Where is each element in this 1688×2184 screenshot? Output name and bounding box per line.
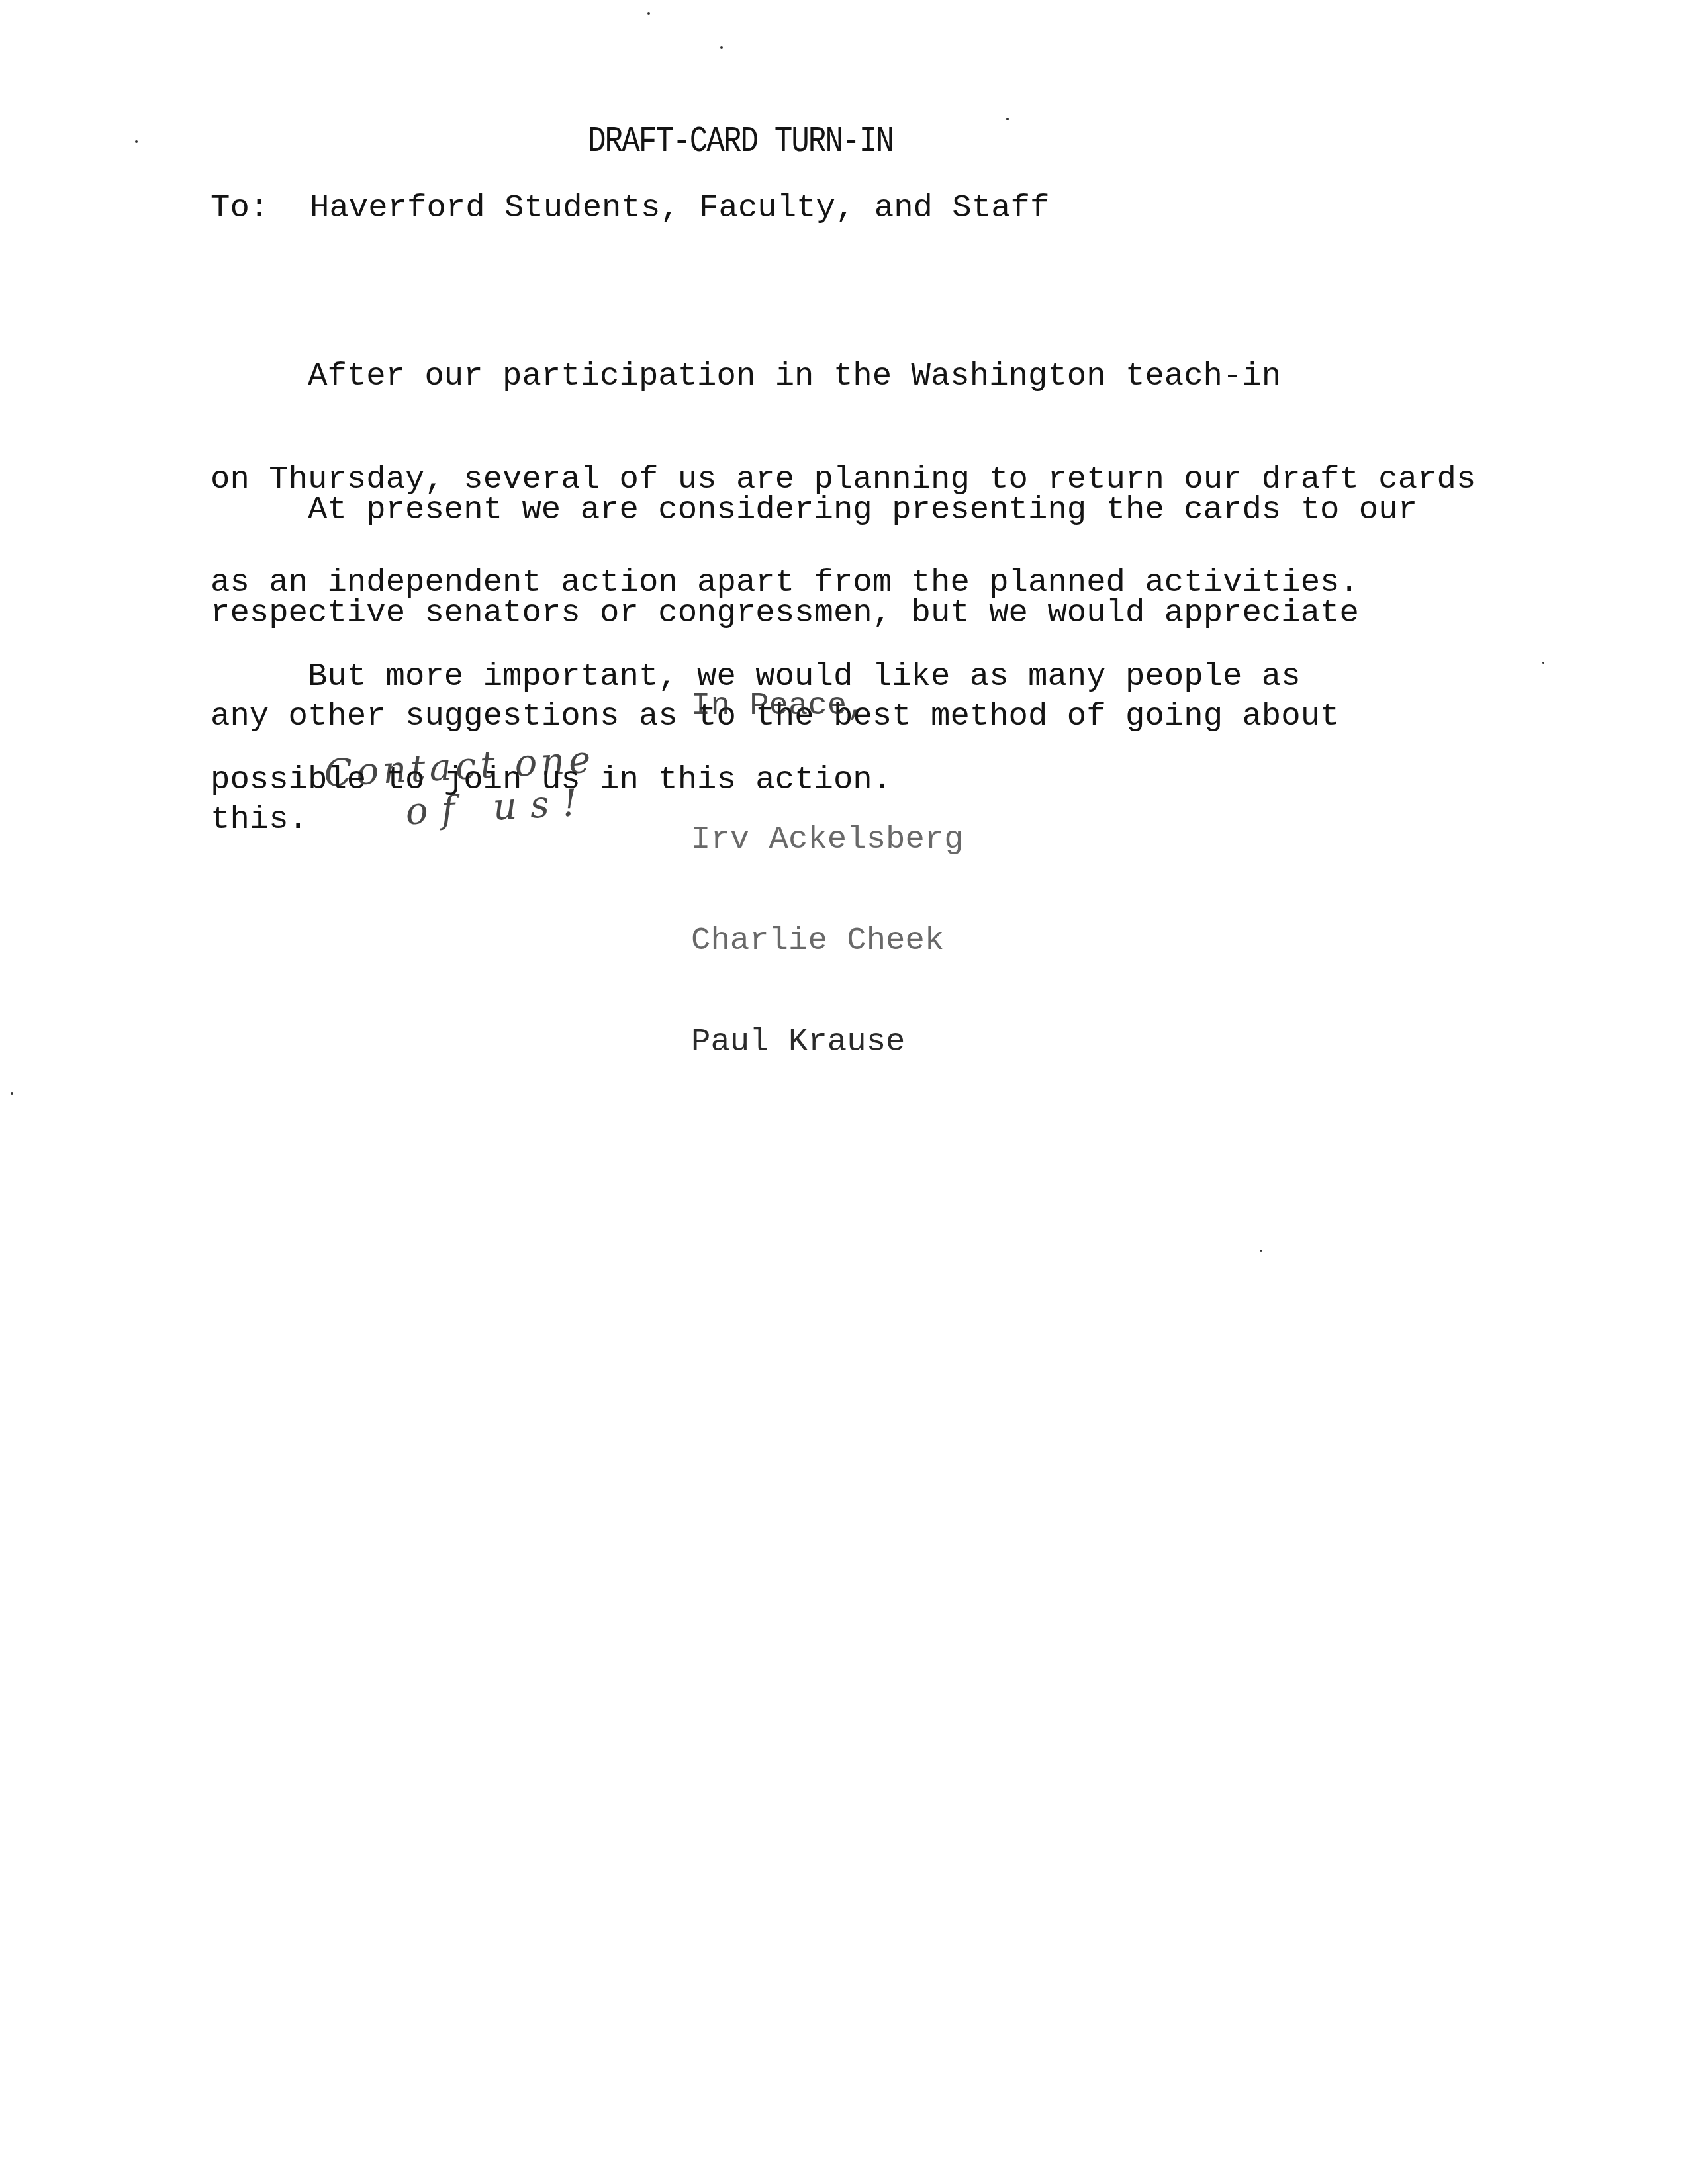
scan-speck <box>1260 1250 1262 1252</box>
addressee-label: To: <box>211 191 310 225</box>
signer-name: Charlie Cheek <box>691 925 964 957</box>
closing: In Peace, <box>691 688 867 723</box>
signer-name: Paul Krause <box>691 1026 964 1058</box>
scan-speck <box>11 1092 13 1095</box>
scan-speck <box>1006 118 1009 120</box>
addressee: Haverford Students, Faculty, and Staff <box>310 189 1049 226</box>
scan-speck <box>720 46 723 49</box>
paragraph-line: At present we are considering presenting… <box>211 492 1417 527</box>
document-title: DRAFT-CARD TURN-IN <box>588 122 893 161</box>
scan-speck <box>135 140 138 143</box>
document-page: DRAFT-CARD TURN-IN To:Haverford Students… <box>0 0 1688 2184</box>
paragraph-line: After our participation in the Washingto… <box>211 359 1476 393</box>
addressee-line: To:Haverford Students, Faculty, and Staf… <box>211 191 1049 225</box>
signer-name: Irv Ackelsberg <box>691 823 964 856</box>
handwritten-note: Contact one of us! <box>323 737 632 838</box>
signature-block: Irv Ackelsberg Charlie Cheek Paul Krause <box>691 754 964 1127</box>
scan-speck <box>1542 662 1544 664</box>
scan-speck <box>647 12 650 15</box>
